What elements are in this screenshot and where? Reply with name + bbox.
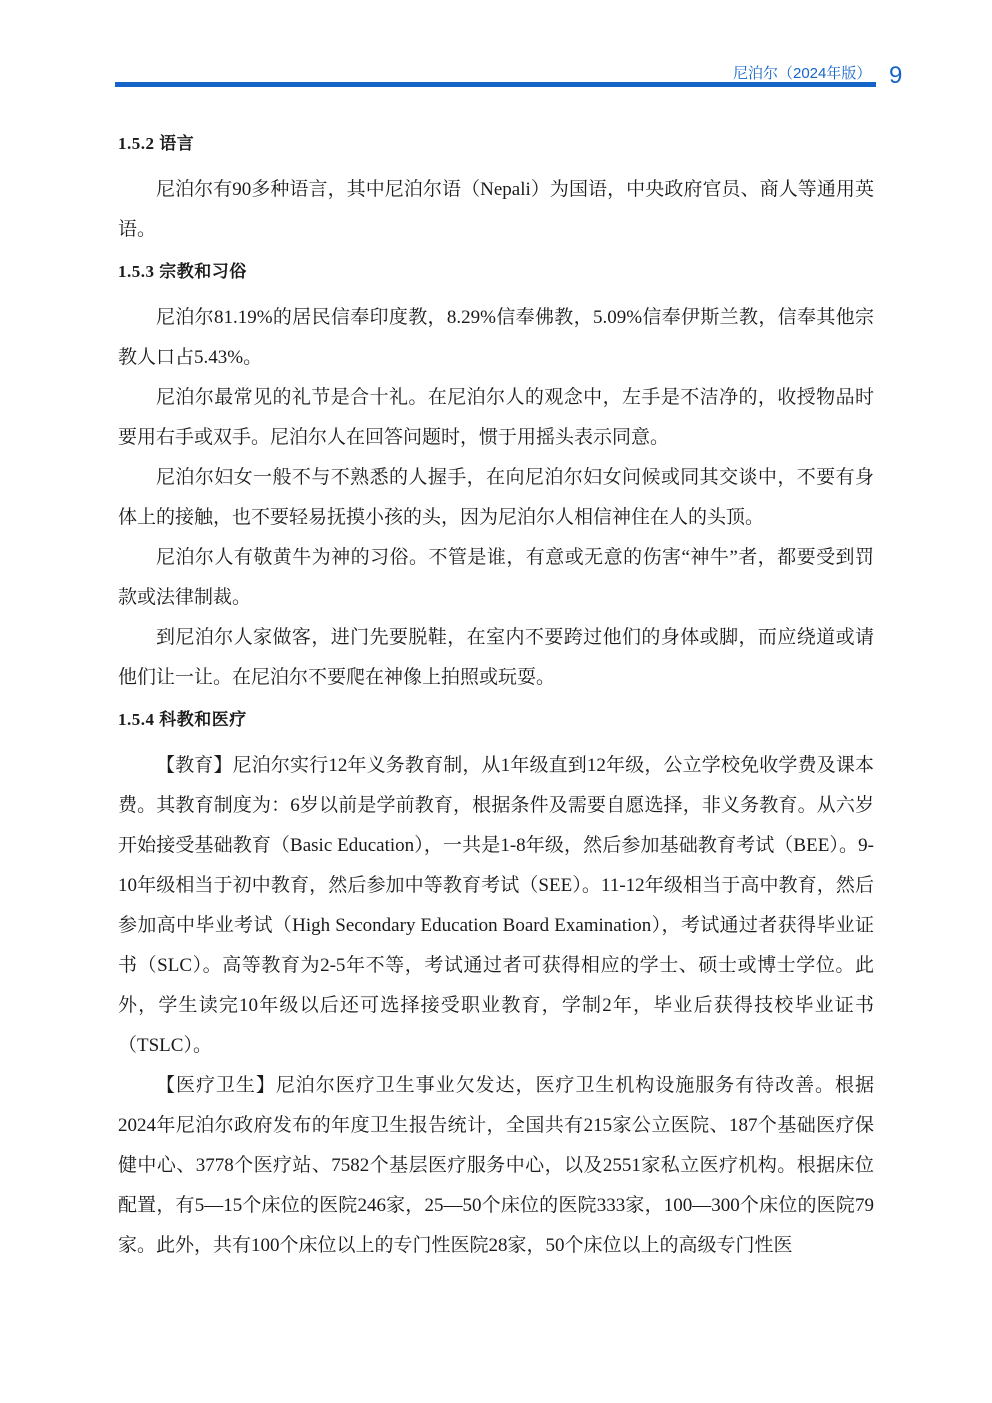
section-language: 1.5.2 语言 尼泊尔有90多种语言，其中尼泊尔语（Nepali）为国语，中央… [118, 128, 874, 250]
paragraph: 尼泊尔有90多种语言，其中尼泊尔语（Nepali）为国语，中央政府官员、商人等通… [118, 170, 874, 250]
section-heading: 1.5.2 语言 [118, 128, 874, 160]
document-body: 1.5.2 语言 尼泊尔有90多种语言，其中尼泊尔语（Nepali）为国语，中央… [118, 128, 874, 1266]
paragraph: 尼泊尔妇女一般不与不熟悉的人握手，在向尼泊尔妇女问候或同其交谈中，不要有身体上的… [118, 458, 874, 538]
paragraph: 尼泊尔最常见的礼节是合十礼。在尼泊尔人的观念中，左手是不洁净的，收授物品时要用右… [118, 378, 874, 458]
section-heading: 1.5.4 科教和医疗 [118, 704, 874, 736]
paragraph: 尼泊尔人有敬黄牛为神的习俗。不管是谁，有意或无意的伤害“神牛”者，都要受到罚款或… [118, 538, 874, 618]
header-title: 尼泊尔（2024年版） [733, 62, 871, 83]
header-rule [115, 82, 876, 87]
section-education-healthcare: 1.5.4 科教和医疗 【教育】尼泊尔实行12年义务教育制，从1年级直到12年级… [118, 704, 874, 1266]
paragraph: 尼泊尔81.19%的居民信奉印度教，8.29%信奉佛教，5.09%信奉伊斯兰教，… [118, 298, 874, 378]
page-number: 9 [889, 64, 902, 88]
paragraph: 到尼泊尔人家做客，进门先要脱鞋，在室内不要跨过他们的身体或脚，而应绕道或请他们让… [118, 618, 874, 698]
paragraph-education: 【教育】尼泊尔实行12年义务教育制，从1年级直到12年级，公立学校免收学费及课本… [118, 746, 874, 1066]
section-religion-customs: 1.5.3 宗教和习俗 尼泊尔81.19%的居民信奉印度教，8.29%信奉佛教，… [118, 256, 874, 698]
paragraph-healthcare: 【医疗卫生】尼泊尔医疗卫生事业欠发达，医疗卫生机构设施服务有待改善。根据2024… [118, 1066, 874, 1266]
section-heading: 1.5.3 宗教和习俗 [118, 256, 874, 288]
